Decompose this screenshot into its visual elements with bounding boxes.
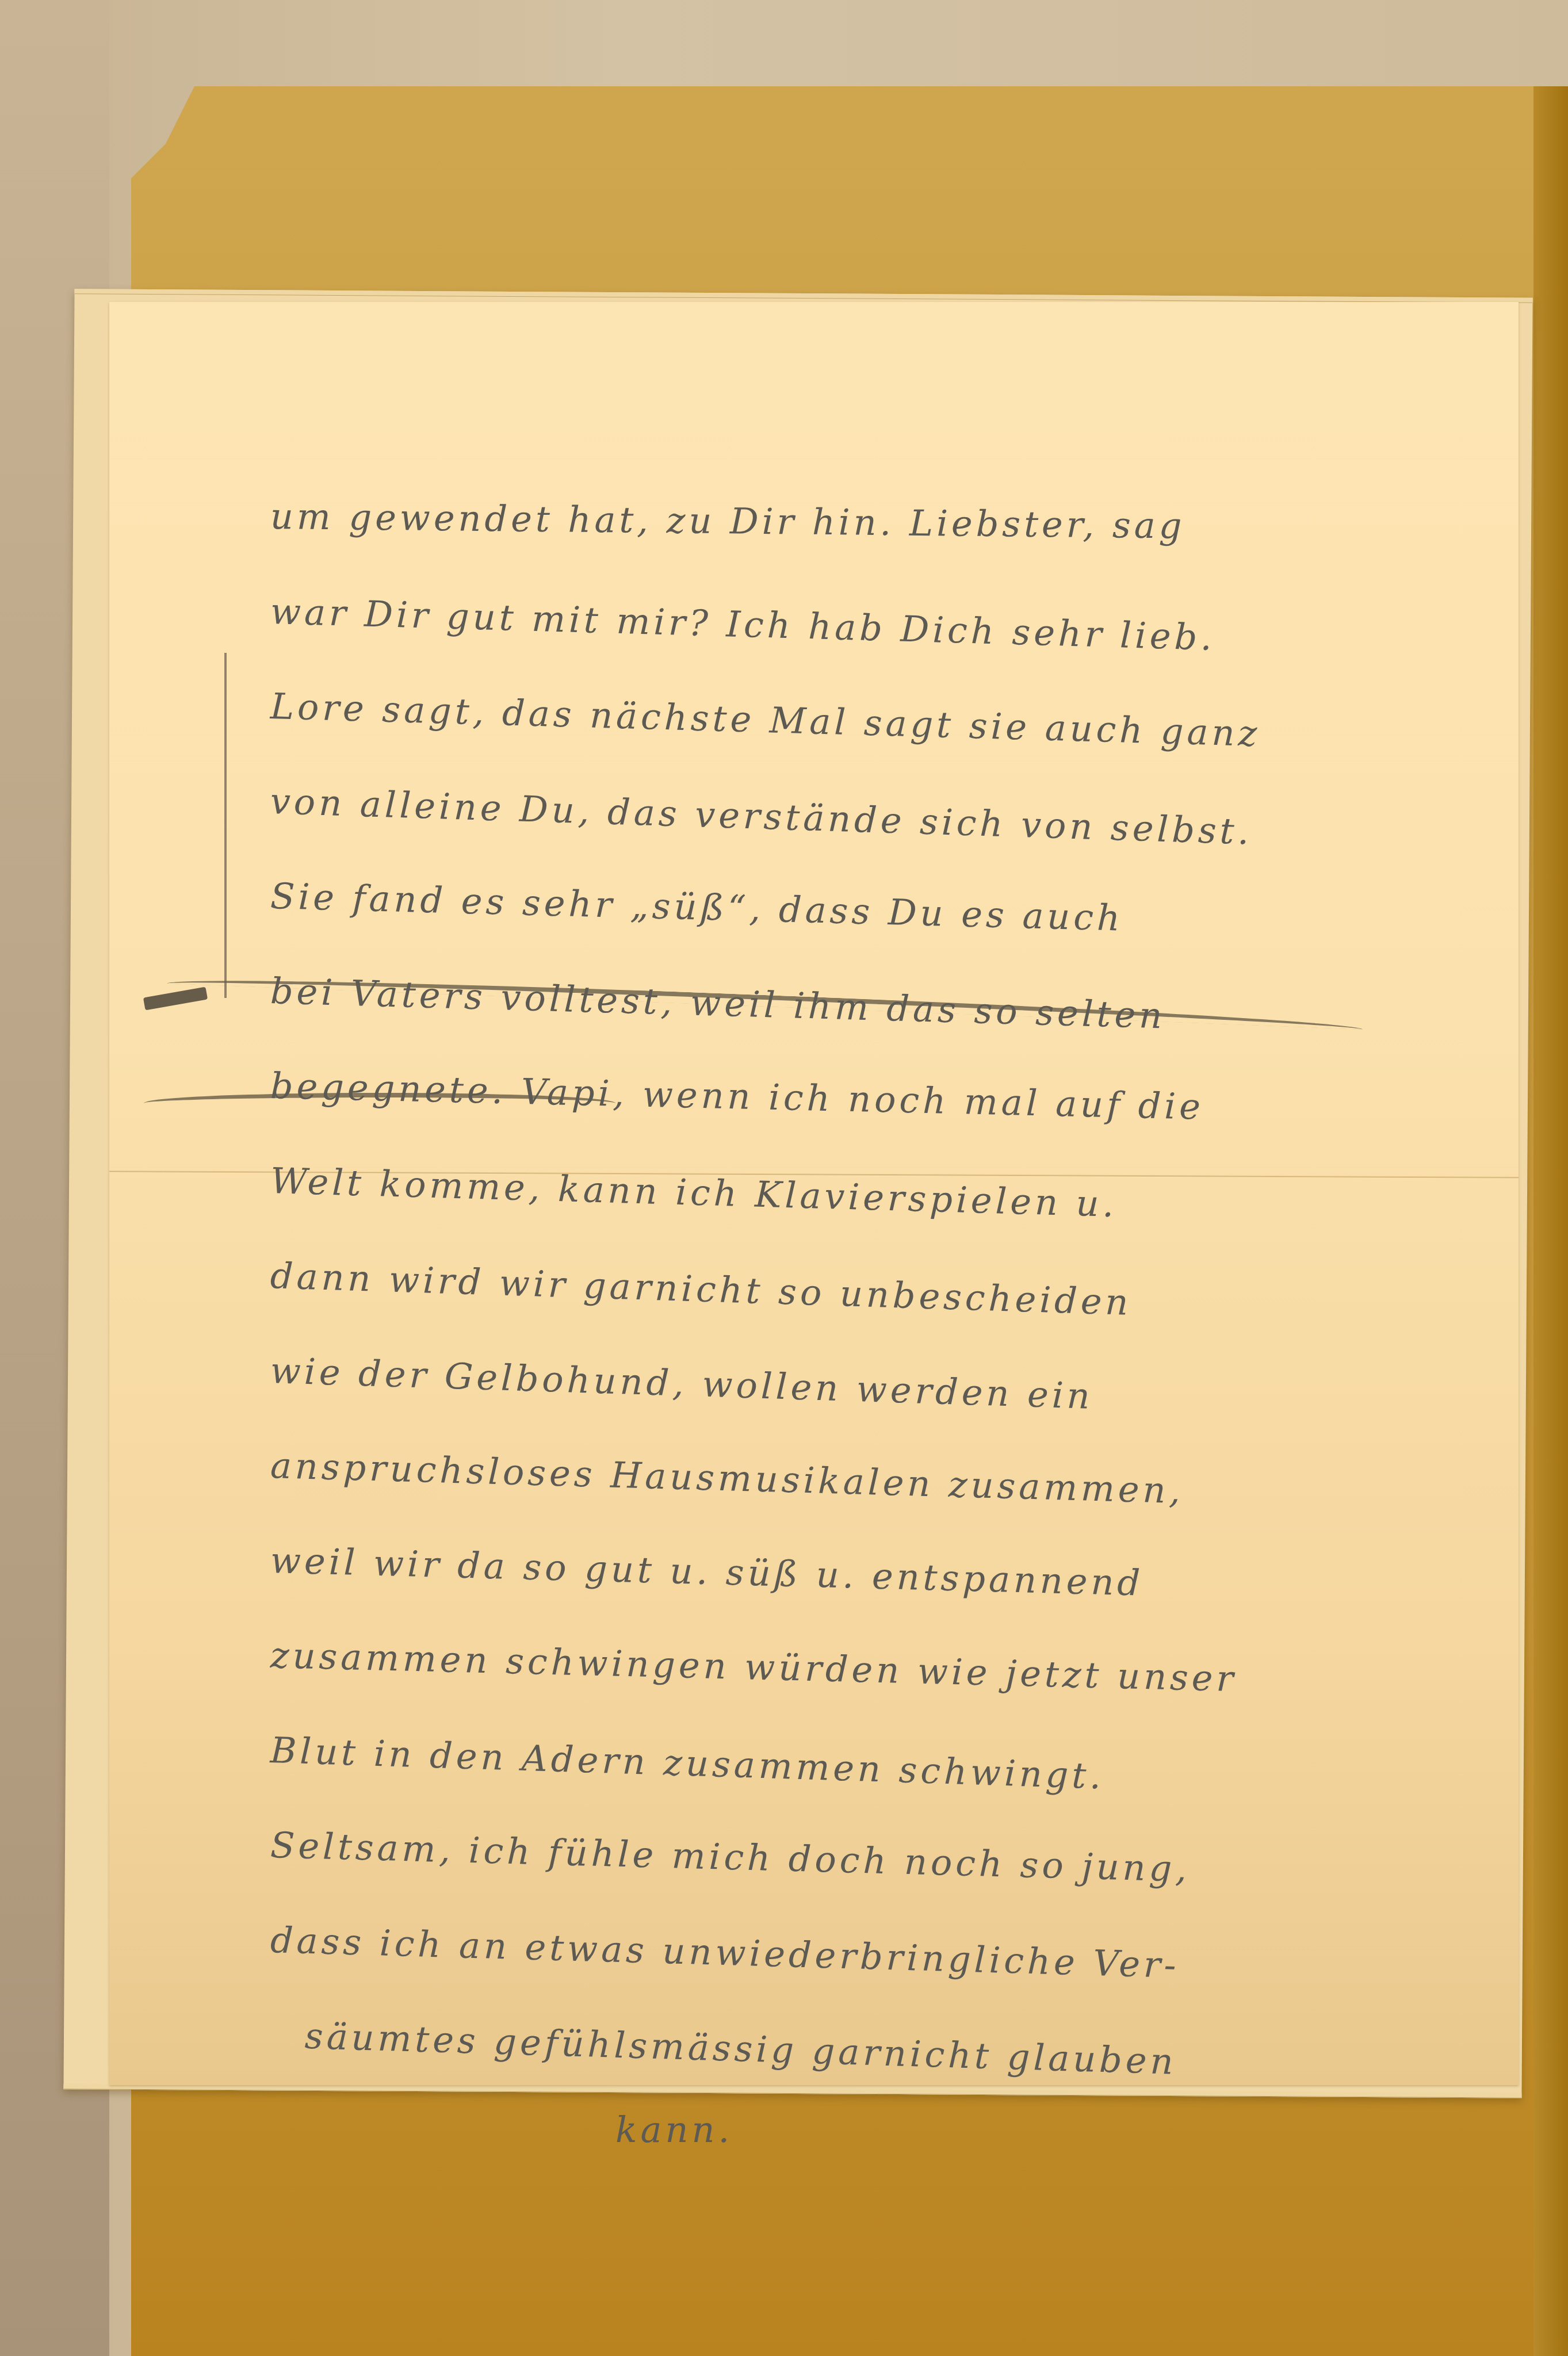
- margin-pencil-line: [224, 653, 227, 998]
- letter-page: um gewendet hat, zu Dir hin. Liebster, s…: [109, 302, 1519, 2085]
- handwritten-text: um gewendet hat, zu Dir hin. Liebster, s…: [270, 469, 1490, 2177]
- pencil-smudge: [143, 987, 208, 1011]
- text-line: um gewendet hat, zu Dir hin. Liebster, s…: [270, 469, 1490, 576]
- folder-spine: [1533, 86, 1568, 2356]
